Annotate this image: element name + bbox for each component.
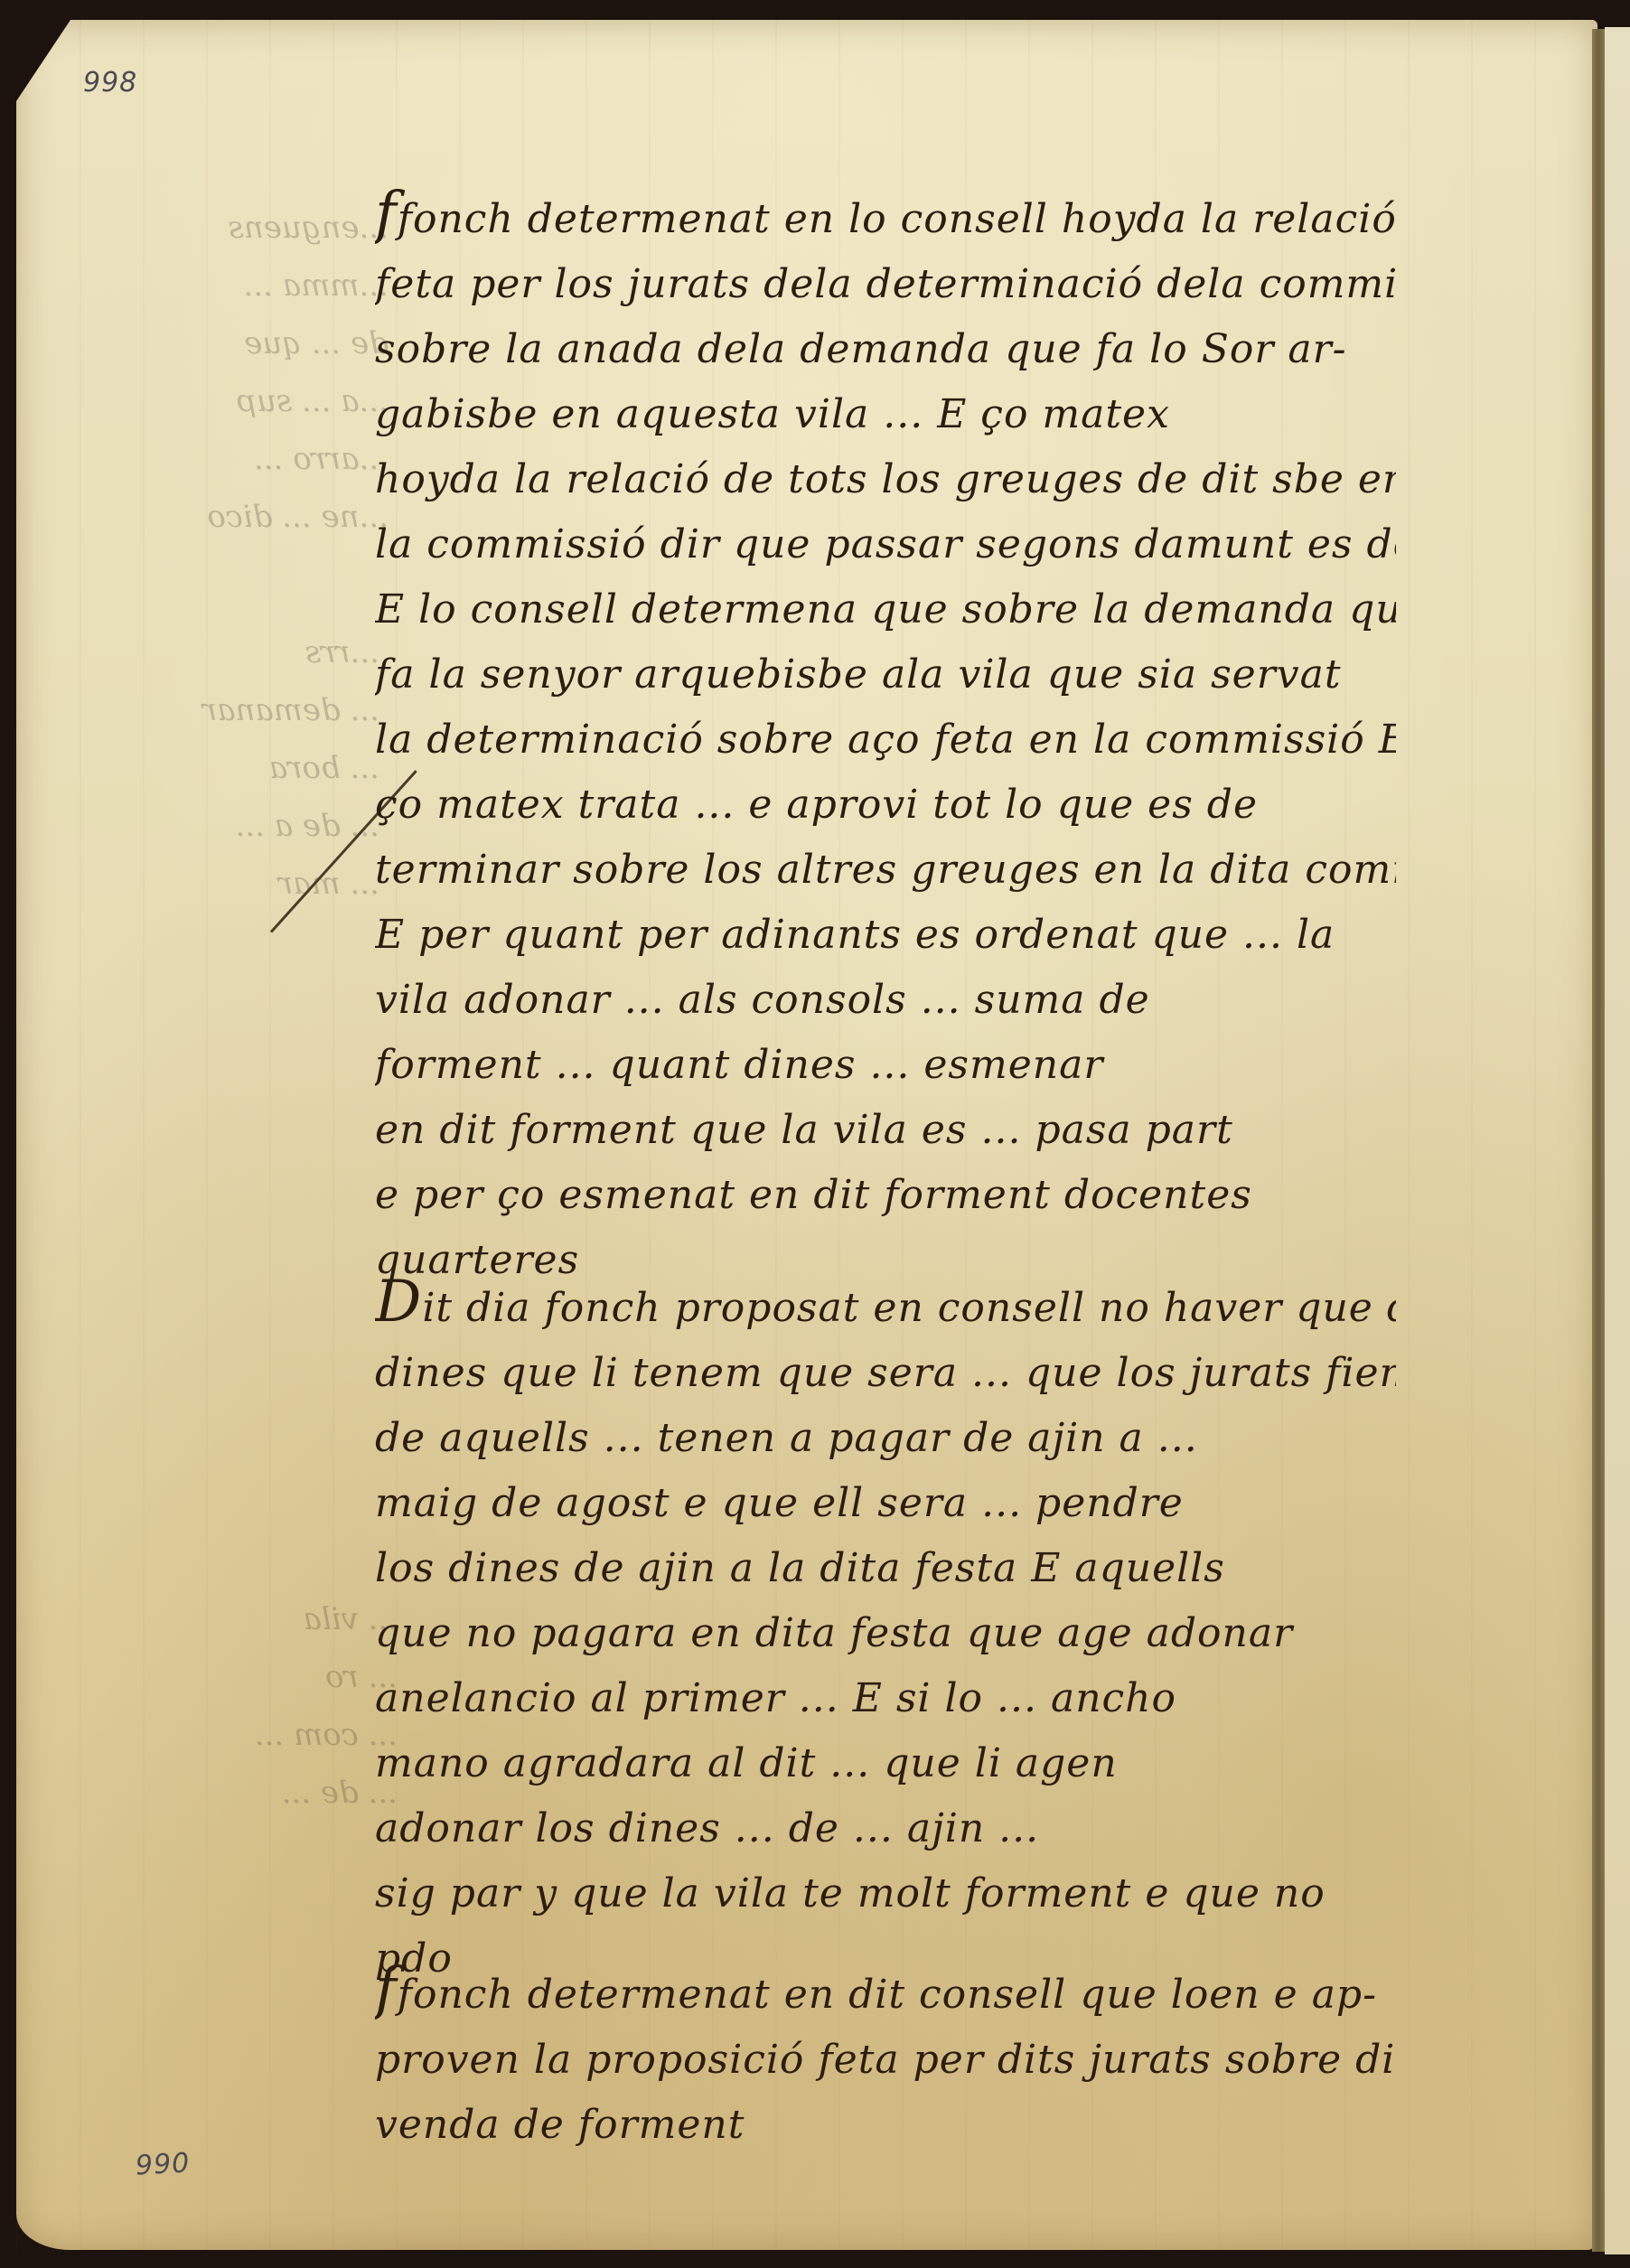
folio-number-top: 998 [83, 67, 137, 98]
bleed-line: ...ne ... dico [117, 488, 389, 546]
bleed-line: ... com ... [108, 1706, 398, 1764]
bleed-through-left-mid: ...rrs ... demanar ... bora ... de a ...… [108, 623, 379, 913]
text-line: mano agradara al dit ... que li agen [375, 1731, 1396, 1796]
text-line: fa la senyor arquebisbe ala vila que sia… [375, 642, 1396, 708]
text-line: E lo consell determena que sobre la dema… [375, 577, 1396, 642]
text-line: ço matex trata ... e aprovi tot lo que e… [375, 773, 1396, 838]
text-line: la commissió dir que passar segons damun… [375, 512, 1396, 577]
text-line: ffonch determenat en dit consell que loe… [375, 1956, 1396, 2028]
bleed-line: ...mma ... [117, 257, 389, 314]
text-line: los dines de ajin a la dita festa E aque… [375, 1536, 1396, 1601]
text-line: de aquells ... tenen a pagar de ajin a .… [375, 1406, 1396, 1471]
text-line: venda de forment [375, 2093, 1396, 2158]
bleed-line: ... de ... [108, 1764, 398, 1822]
paragraph-2: Dit dia fonch proposat en consell no hav… [375, 1270, 1396, 1992]
folio-number-bottom: 990 [135, 2147, 191, 2181]
text-line: Dit dia fonch proposat en consell no hav… [375, 1270, 1396, 1341]
text-line: adonar los dines ... de ... ajin ... [375, 1796, 1396, 1861]
text-line: feta per los jurats dela determinació de… [375, 252, 1396, 317]
bleed-line: ...rrs [108, 623, 379, 681]
bleed-line: ...a ... sup [117, 372, 389, 430]
text-line: terminar sobre los altres greuges en la … [375, 838, 1396, 903]
bleed-line: ... de a ... [108, 797, 379, 855]
text-line: e per ço esmenat en dit forment docentes [375, 1163, 1396, 1228]
bleed-line: ... ro [108, 1648, 398, 1706]
bleed-line: ... mar [108, 855, 379, 913]
bleed-line: ...arro ... [117, 430, 389, 488]
text-line: proven la proposició feta per dits jurat… [375, 2028, 1396, 2093]
text-line: dines que li tenem que sera ... que los … [375, 1341, 1396, 1406]
text-line: maig de agost e que ell sera ... pendre [375, 1471, 1396, 1536]
paragraph-3: ffonch determenat en dit consell que loe… [375, 1956, 1396, 2158]
text-line: anelancio al primer ... E si lo ... anch… [375, 1666, 1396, 1731]
text-line: sobre la anada dela demanda que fa lo So… [375, 317, 1396, 382]
text-line: la determinació sobre aço feta en la com… [375, 708, 1396, 773]
binding-gutter [1592, 29, 1605, 2252]
text-line: en dit forment que la vila es ... pasa p… [375, 1098, 1396, 1163]
text-line: que no pagara en dita festa que age adon… [375, 1601, 1396, 1666]
bleed-through-left-top: ...enguens ...mma ... de ... que ...a ..… [117, 199, 389, 546]
text-line: hoyda la relació de tots los greuges de … [375, 447, 1396, 512]
text-line: gabisbe en aquesta vila ... E ço matex [375, 382, 1396, 447]
bleed-line: ... vila [108, 1590, 398, 1648]
text-line: forment ... quant dines ... esmenar [375, 1033, 1396, 1098]
text-line: ffonch determenat en lo consell hoyda la… [375, 181, 1396, 252]
text-line: sig par y que la vila te molt forment e … [375, 1861, 1396, 1926]
bleed-line: ...enguens [117, 199, 389, 257]
bleed-line: ... bora [108, 739, 379, 797]
bleed-through-left-low: ... vila ... ro ... com ... ... de ... [108, 1590, 398, 1822]
text-line: E per quant per adinants es ordenat que … [375, 903, 1396, 968]
bleed-line: ... demanar [108, 681, 379, 739]
text-line: vila adonar ... als consols ... suma de [375, 968, 1396, 1033]
paragraph-1: ffonch determenat en lo consell hoyda la… [375, 181, 1396, 1293]
adjacent-page-edge [1605, 27, 1630, 2254]
bleed-line: de ... que [117, 314, 389, 372]
